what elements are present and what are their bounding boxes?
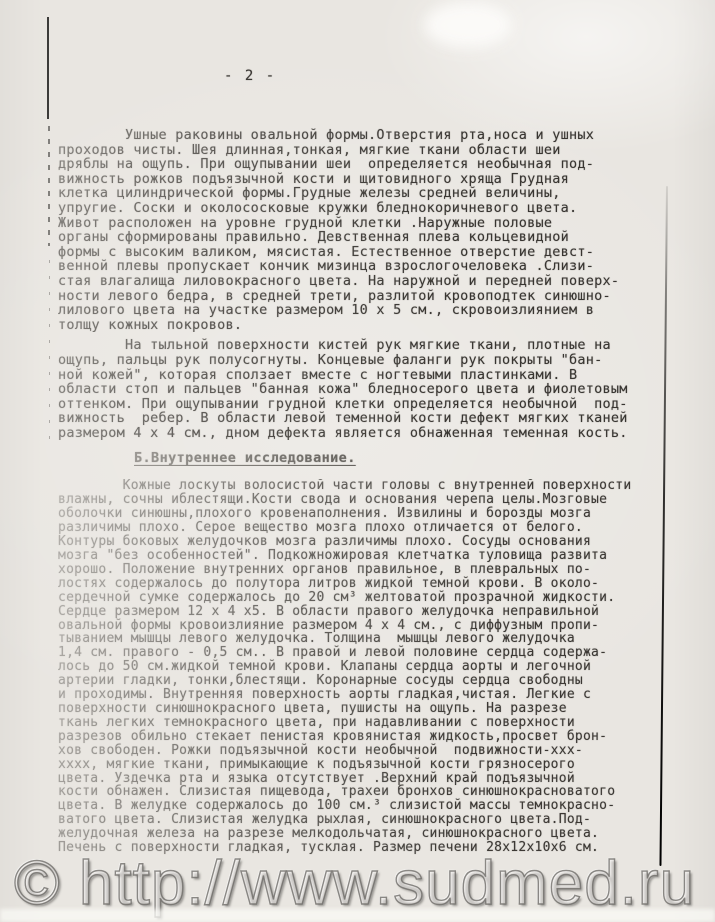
- page-number: - 2 -: [224, 68, 276, 84]
- section-heading-internal-examination: Б.Внутреннее исследование.: [134, 450, 672, 466]
- scan-artifact-left-edge-line-faded: [48, 126, 50, 246]
- scan-artifact-left-edge-line-dots: [49, 260, 50, 440]
- scan-artifact-bottom-light-strip: [0, 909, 715, 922]
- document-text-column: Ушные раковины овальной формы.Отверстия …: [58, 128, 672, 861]
- paragraph-external-exam-1: Ушные раковины овальной формы.Отверстия …: [58, 128, 672, 332]
- scan-artifact-overexposed-spot: [424, 2, 512, 48]
- paragraph-internal-exam: Кожные лоскуты волосистой части головы с…: [58, 479, 672, 854]
- paragraph-external-exam-2: На тыльной поверхности кистей рук мягкие…: [58, 338, 672, 440]
- scan-artifact-left-edge-line: [47, 17, 49, 119]
- scanned-document-page: - 2 - Ушные раковины овальной формы.Отве…: [0, 0, 715, 922]
